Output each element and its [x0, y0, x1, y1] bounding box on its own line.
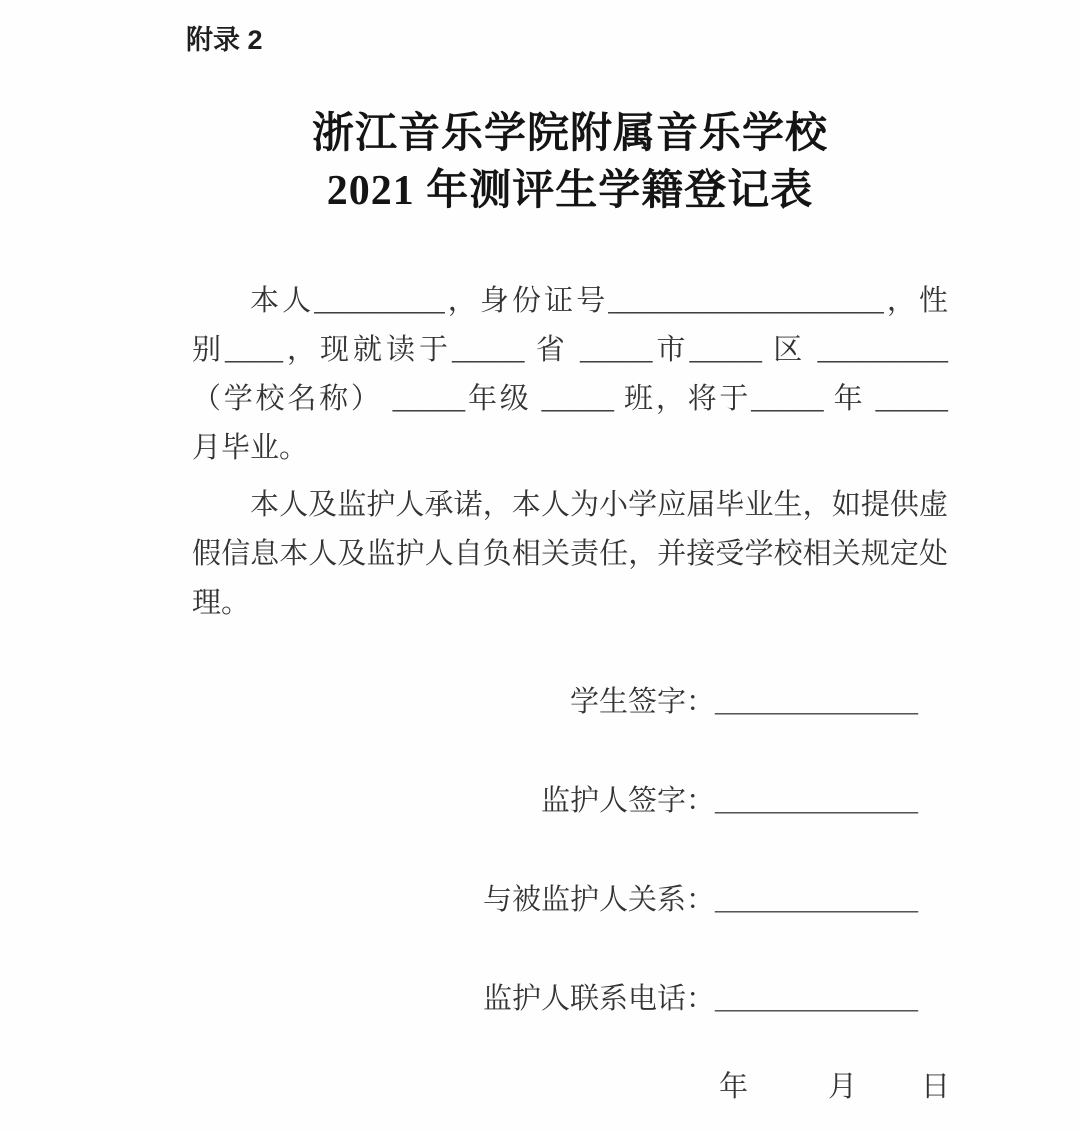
- paragraph-line: 月毕业。: [192, 424, 948, 473]
- signature-blank-line: ______________: [715, 785, 918, 817]
- paragraph-line: 假信息本人及监护人自负相关责任，并接受学校相关规定处: [192, 530, 948, 579]
- document-page: 附录 2 浙江音乐学院附属音乐学校 2021 年测评生学籍登记表 本人_____…: [0, 0, 1080, 1131]
- date-month-label: 月: [828, 1071, 857, 1103]
- signature-label: 与被监护人关系：: [483, 884, 715, 916]
- document-title: 浙江音乐学院附属音乐学校 2021 年测评生学籍登记表: [192, 106, 948, 220]
- signature-label: 学生签字：: [570, 686, 715, 718]
- signature-label: 监护人签字：: [541, 785, 715, 817]
- signature-blank-line: ______________: [715, 983, 918, 1015]
- signature-row: 学生签字：______________: [483, 678, 918, 727]
- paragraph: 本人_________，身份证号___________________，性别__…: [192, 277, 948, 473]
- title-line-1: 浙江音乐学院附属音乐学校: [192, 106, 948, 163]
- signature-row: 监护人签字：______________: [483, 777, 918, 826]
- signature-row: 监护人联系电话：______________: [483, 975, 918, 1024]
- title-line-2: 2021 年测评生学籍登记表: [192, 163, 948, 220]
- paragraph-line: （学校名称） _____年级 _____ 班，将于_____ 年 _____: [192, 375, 948, 424]
- paragraph-line: 理。: [192, 579, 948, 628]
- paragraph: 本人及监护人承诺，本人为小学应届毕业生，如提供虚假信息本人及监护人自负相关责任，…: [192, 481, 948, 628]
- date-line: 年月日: [719, 1063, 950, 1112]
- signature-row: 与被监护人关系：______________: [483, 876, 918, 925]
- paragraph-line: 本人及监护人承诺，本人为小学应届毕业生，如提供虚: [192, 481, 948, 530]
- signature-block: 学生签字：______________监护人签字：______________与…: [483, 678, 918, 1074]
- paragraph-line: 本人_________，身份证号___________________，性: [192, 277, 948, 326]
- appendix-label: 附录 2: [186, 22, 263, 58]
- paragraph-line: 别____，现就读于_____ 省 _____市_____ 区 ________…: [192, 326, 948, 375]
- signature-blank-line: ______________: [715, 686, 918, 718]
- date-day-label: 日: [921, 1071, 950, 1103]
- signature-label: 监护人联系电话：: [483, 983, 715, 1015]
- body-text: 本人_________，身份证号___________________，性别__…: [192, 277, 948, 628]
- date-year-label: 年: [719, 1071, 748, 1103]
- signature-blank-line: ______________: [715, 884, 918, 916]
